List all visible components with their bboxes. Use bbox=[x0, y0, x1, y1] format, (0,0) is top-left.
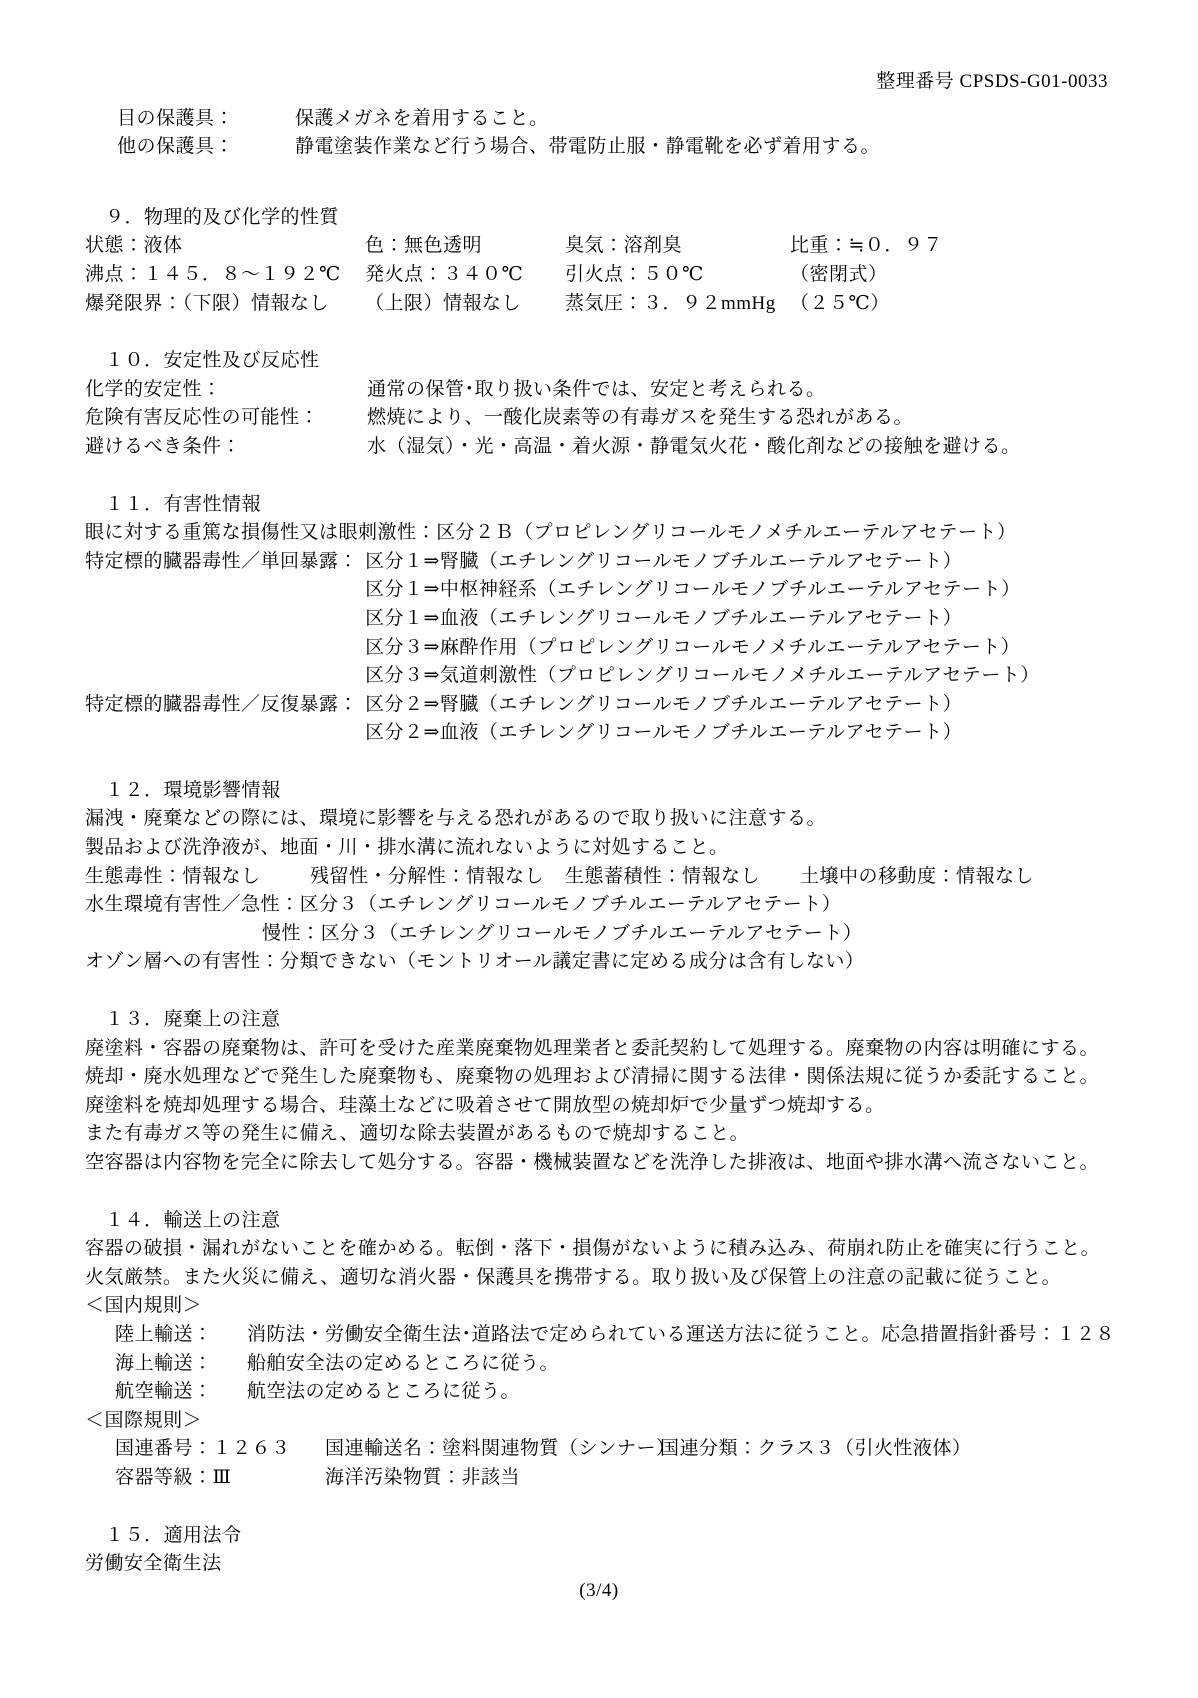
repeated-exposure-item: 区分２⇒血液（エチレングリコールモノブチルエーテルアセテート） bbox=[365, 719, 1120, 748]
single-exposure-block: 特定標的臓器毒性／単回暴露： 区分１⇒腎臓（エチレングリコールモノブチルエーテル… bbox=[85, 548, 1120, 691]
color-value: 色：無色透明 bbox=[365, 232, 565, 261]
conditions-to-avoid-label: 避けるべき条件： bbox=[85, 433, 367, 462]
aquatic-chronic-line: 慢性：区分３（エチレングリコールモノブチルエーテルアセテート） bbox=[85, 920, 1120, 949]
properties-row-1: 状態：液体 色：無色透明 臭気：溶剤臭 比重：≒０．９７ bbox=[85, 232, 1120, 261]
chemical-stability-row: 化学的安定性：通常の保管･取り扱い条件では、安定と考えられる。 bbox=[85, 376, 1120, 405]
section-12-ecological-information: １２．環境影響情報 漏洩・廃棄などの際には、環境に影響を与える恐れがあるので取り… bbox=[85, 777, 1120, 977]
applicable-law-line: 労働安全衛生法 bbox=[85, 1550, 1120, 1579]
state-value: 状態：液体 bbox=[85, 232, 365, 261]
ecotoxicity-value: 生態毒性：情報なし bbox=[85, 863, 310, 892]
transport-caution-line: 火気厳禁。また火災に備え、適切な消火器・保護具を携帯する。取り扱い及び保管上の注… bbox=[85, 1264, 1120, 1293]
un-info-row-1: 国連番号：１２６３ 国連輸送名：塗料関連物質（シンナー） 国連分類：クラス３（引… bbox=[85, 1435, 1120, 1464]
explosion-limit-upper: （上限）情報なし bbox=[365, 290, 565, 319]
single-exposure-item: 区分１⇒中枢神経系（エチレングリコールモノブチルエーテルアセテート） bbox=[365, 576, 1120, 605]
odor-value: 臭気：溶剤臭 bbox=[565, 232, 790, 261]
international-rules-header: ＜国際規則＞ bbox=[85, 1407, 1120, 1436]
vapor-pressure-value: 蒸気圧：３．９２mmHg bbox=[565, 290, 790, 319]
disposal-line: 焼却・廃水処理などで発生した廃棄物も、廃棄物の処理および清掃に関する法律・関係法… bbox=[85, 1063, 1120, 1092]
land-transport-value: 消防法・労働安全衛生法･道路法で定められている運送方法に従うこと。応急措置指針番… bbox=[247, 1321, 1120, 1350]
section-11-title: １１．有害性情報 bbox=[85, 491, 1120, 520]
single-exposure-items: 区分１⇒腎臓（エチレングリコールモノブチルエーテルアセテート） 区分１⇒中枢神経… bbox=[365, 548, 1120, 691]
vapor-pressure-temp: （２５℃） bbox=[790, 290, 1120, 319]
document-content: 整理番号 CPSDS-G01-0033 目の保護具：保護メガネを着用すること。 … bbox=[85, 68, 1120, 1579]
ozone-hazard-line: オゾン層への有害性：分類できない（モントリオール議定書に定める成分は含有しない） bbox=[85, 948, 1120, 977]
hazardous-reaction-value: 燃焼により、一酸化炭素等の有毒ガスを発生する恐れがある。 bbox=[367, 404, 1120, 433]
aquatic-acute-line: 水生環境有害性／急性：区分３（エチレングリコールモノブチルエーテルアセテート） bbox=[85, 891, 1120, 920]
chemical-stability-label: 化学的安定性： bbox=[85, 376, 367, 405]
transport-caution-line: 容器の破損・漏れがないことを確かめる。転倒・落下・損傷がないように積み込み、荷崩… bbox=[85, 1235, 1120, 1264]
section-10-stability-reactivity: １０．安定性及び反応性 化学的安定性：通常の保管･取り扱い条件では、安定と考えら… bbox=[85, 347, 1120, 461]
ignition-point-value: 発火点：３４０℃ bbox=[365, 261, 565, 290]
soil-mobility-value: 土壌中の移動度：情報なし bbox=[800, 863, 1120, 892]
section-13-title: １３．廃棄上の注意 bbox=[85, 1006, 1120, 1035]
persistence-degradability-value: 残留性・分解性：情報なし bbox=[310, 863, 565, 892]
un-info-row-2: 容器等級：Ⅲ 海洋汚染物質：非該当 bbox=[85, 1464, 1120, 1493]
other-protection-label: 他の保護具： bbox=[117, 133, 295, 162]
section-9-title: ９．物理的及び化学的性質 bbox=[85, 204, 1120, 233]
section-12-title: １２．環境影響情報 bbox=[85, 777, 1120, 806]
closed-cup-note: （密閉式） bbox=[790, 261, 1120, 290]
page-number: (3/4) bbox=[0, 1577, 1198, 1606]
protection-block: 目の保護具：保護メガネを着用すること。 他の保護具：静電塗装作業など行う場合、帯… bbox=[85, 105, 1120, 162]
single-exposure-item: 区分３⇒気道刺激性（プロピレングリコールモノメチルエーテルアセテート） bbox=[365, 662, 1120, 691]
un-class-value: 国連分類：クラス３（引火性液体） bbox=[660, 1435, 1120, 1464]
repeated-exposure-block: 特定標的臓器毒性／反復暴露： 区分２⇒腎臓（エチレングリコールモノブチルエーテル… bbox=[85, 691, 1120, 748]
hazardous-reaction-label: 危険有害反応性の可能性： bbox=[85, 404, 367, 433]
sea-transport-row: 海上輸送：船舶安全法の定めるところに従う。 bbox=[85, 1350, 1120, 1379]
doc-number: 整理番号 CPSDS-G01-0033 bbox=[85, 68, 1120, 97]
hazardous-reaction-row: 危険有害反応性の可能性：燃焼により、一酸化炭素等の有毒ガスを発生する恐れがある。 bbox=[85, 404, 1120, 433]
eye-protection-label: 目の保護具： bbox=[117, 105, 295, 134]
section-10-title: １０．安定性及び反応性 bbox=[85, 347, 1120, 376]
sea-transport-label: 海上輸送： bbox=[115, 1350, 247, 1379]
repeated-exposure-label: 特定標的臓器毒性／反復暴露： bbox=[85, 691, 365, 748]
section-11-toxicological-information: １１．有害性情報 眼に対する重篤な損傷性又は眼刺激性：区分２Ｂ（プロピレングリコ… bbox=[85, 491, 1120, 748]
repeated-exposure-item: 区分２⇒腎臓（エチレングリコールモノブチルエーテルアセテート） bbox=[365, 691, 1120, 720]
eye-damage-irritation-line: 眼に対する重篤な損傷性又は眼刺激性：区分２Ｂ（プロピレングリコールモノメチルエー… bbox=[85, 519, 1120, 548]
chemical-stability-value: 通常の保管･取り扱い条件では、安定と考えられる。 bbox=[367, 376, 1120, 405]
domestic-rules-header: ＜国内規則＞ bbox=[85, 1292, 1120, 1321]
disposal-line: 廃塗料を焼却処理する場合、珪藻土などに吸着させて開放型の焼却炉で少量ずつ焼却する… bbox=[85, 1092, 1120, 1121]
section-14-transport-information: １４．輸送上の注意 容器の破損・漏れがないことを確かめる。転倒・落下・損傷がない… bbox=[85, 1207, 1120, 1493]
section-9-physical-chemical-properties: ９．物理的及び化学的性質 状態：液体 色：無色透明 臭気：溶剤臭 比重：≒０．９… bbox=[85, 204, 1120, 318]
air-transport-value: 航空法の定めるところに従う。 bbox=[247, 1378, 1120, 1407]
repeated-exposure-items: 区分２⇒腎臓（エチレングリコールモノブチルエーテルアセテート） 区分２⇒血液（エ… bbox=[365, 691, 1120, 748]
bioaccumulation-value: 生態蓄積性：情報なし bbox=[565, 863, 800, 892]
other-protection-row: 他の保護具：静電塗装作業など行う場合、帯電防止服・静電靴を必ず着用する。 bbox=[85, 133, 1120, 162]
marine-pollutant-value: 海洋汚染物質：非該当 bbox=[325, 1464, 660, 1493]
disposal-line: 廃塗料・容器の廃棄物は、許可を受けた産業廃棄物処理業者と委託契約して処理する。廃… bbox=[85, 1035, 1120, 1064]
land-transport-row: 陸上輸送：消防法・労働安全衛生法･道路法で定められている運送方法に従うこと。応急… bbox=[85, 1321, 1120, 1350]
packing-group-value: 容器等級：Ⅲ bbox=[115, 1464, 325, 1493]
other-protection-value: 静電塗装作業など行う場合、帯電防止服・静電靴を必ず着用する。 bbox=[295, 136, 880, 157]
sds-document-page: 整理番号 CPSDS-G01-0033 目の保護具：保護メガネを着用すること。 … bbox=[0, 0, 1198, 1698]
air-transport-label: 航空輸送： bbox=[115, 1378, 247, 1407]
air-transport-row: 航空輸送：航空法の定めるところに従う。 bbox=[85, 1378, 1120, 1407]
spill-caution-line: 漏洩・廃棄などの際には、環境に影響を与える恐れがあるので取り扱いに注意する。 bbox=[85, 805, 1120, 834]
conditions-to-avoid-row: 避けるべき条件：水（湿気）・光・高温・着火源・静電気火花・酸化剤などの接触を避け… bbox=[85, 433, 1120, 462]
section-14-title: １４．輸送上の注意 bbox=[85, 1207, 1120, 1236]
eye-protection-value: 保護メガネを着用すること。 bbox=[295, 108, 549, 129]
explosion-limit-lower: 爆発限界：（下限）情報なし bbox=[85, 290, 365, 319]
eye-protection-row: 目の保護具：保護メガネを着用すること。 bbox=[85, 105, 1120, 134]
specific-gravity-value: 比重：≒０．９７ bbox=[790, 232, 1120, 261]
single-exposure-label: 特定標的臓器毒性／単回暴露： bbox=[85, 548, 365, 691]
flash-point-value: 引火点：５０℃ bbox=[565, 261, 790, 290]
section-15-applicable-laws: １５．適用法令 労働安全衛生法 bbox=[85, 1522, 1120, 1579]
properties-row-2: 沸点：１４５．８～１９２℃ 発火点：３４０℃ 引火点：５０℃ （密閉式） bbox=[85, 261, 1120, 290]
eco-data-row: 生態毒性：情報なし 残留性・分解性：情報なし 生態蓄積性：情報なし 土壌中の移動… bbox=[85, 863, 1120, 892]
section-13-disposal-considerations: １３．廃棄上の注意 廃塗料・容器の廃棄物は、許可を受けた産業廃棄物処理業者と委託… bbox=[85, 1006, 1120, 1178]
section-15-title: １５．適用法令 bbox=[85, 1522, 1120, 1551]
boiling-point-value: 沸点：１４５．８～１９２℃ bbox=[85, 261, 365, 290]
un-number-value: 国連番号：１２６３ bbox=[115, 1435, 325, 1464]
single-exposure-item: 区分１⇒腎臓（エチレングリコールモノブチルエーテルアセテート） bbox=[365, 548, 1120, 577]
un-shipping-name-value: 国連輸送名：塗料関連物質（シンナー） bbox=[325, 1435, 660, 1464]
drainage-caution-line: 製品および洗浄液が、地面・川・排水溝に流れないように対処すること。 bbox=[85, 834, 1120, 863]
sea-transport-value: 船舶安全法の定めるところに従う。 bbox=[247, 1350, 1120, 1379]
properties-row-3: 爆発限界：（下限）情報なし （上限）情報なし 蒸気圧：３．９２mmHg （２５℃… bbox=[85, 290, 1120, 319]
land-transport-label: 陸上輸送： bbox=[115, 1321, 247, 1350]
conditions-to-avoid-value: 水（湿気）・光・高温・着火源・静電気火花・酸化剤などの接触を避ける。 bbox=[367, 433, 1120, 462]
single-exposure-item: 区分３⇒麻酔作用（プロピレングリコールモノメチルエーテルアセテート） bbox=[365, 634, 1120, 663]
disposal-line: また有毒ガス等の発生に備え、適切な除去装置があるもので焼却すること。 bbox=[85, 1120, 1120, 1149]
single-exposure-item: 区分１⇒血液（エチレングリコールモノブチルエーテルアセテート） bbox=[365, 605, 1120, 634]
disposal-line: 空容器は内容物を完全に除去して処分する。容器・機械装置などを洗浄した排液は、地面… bbox=[85, 1149, 1120, 1178]
